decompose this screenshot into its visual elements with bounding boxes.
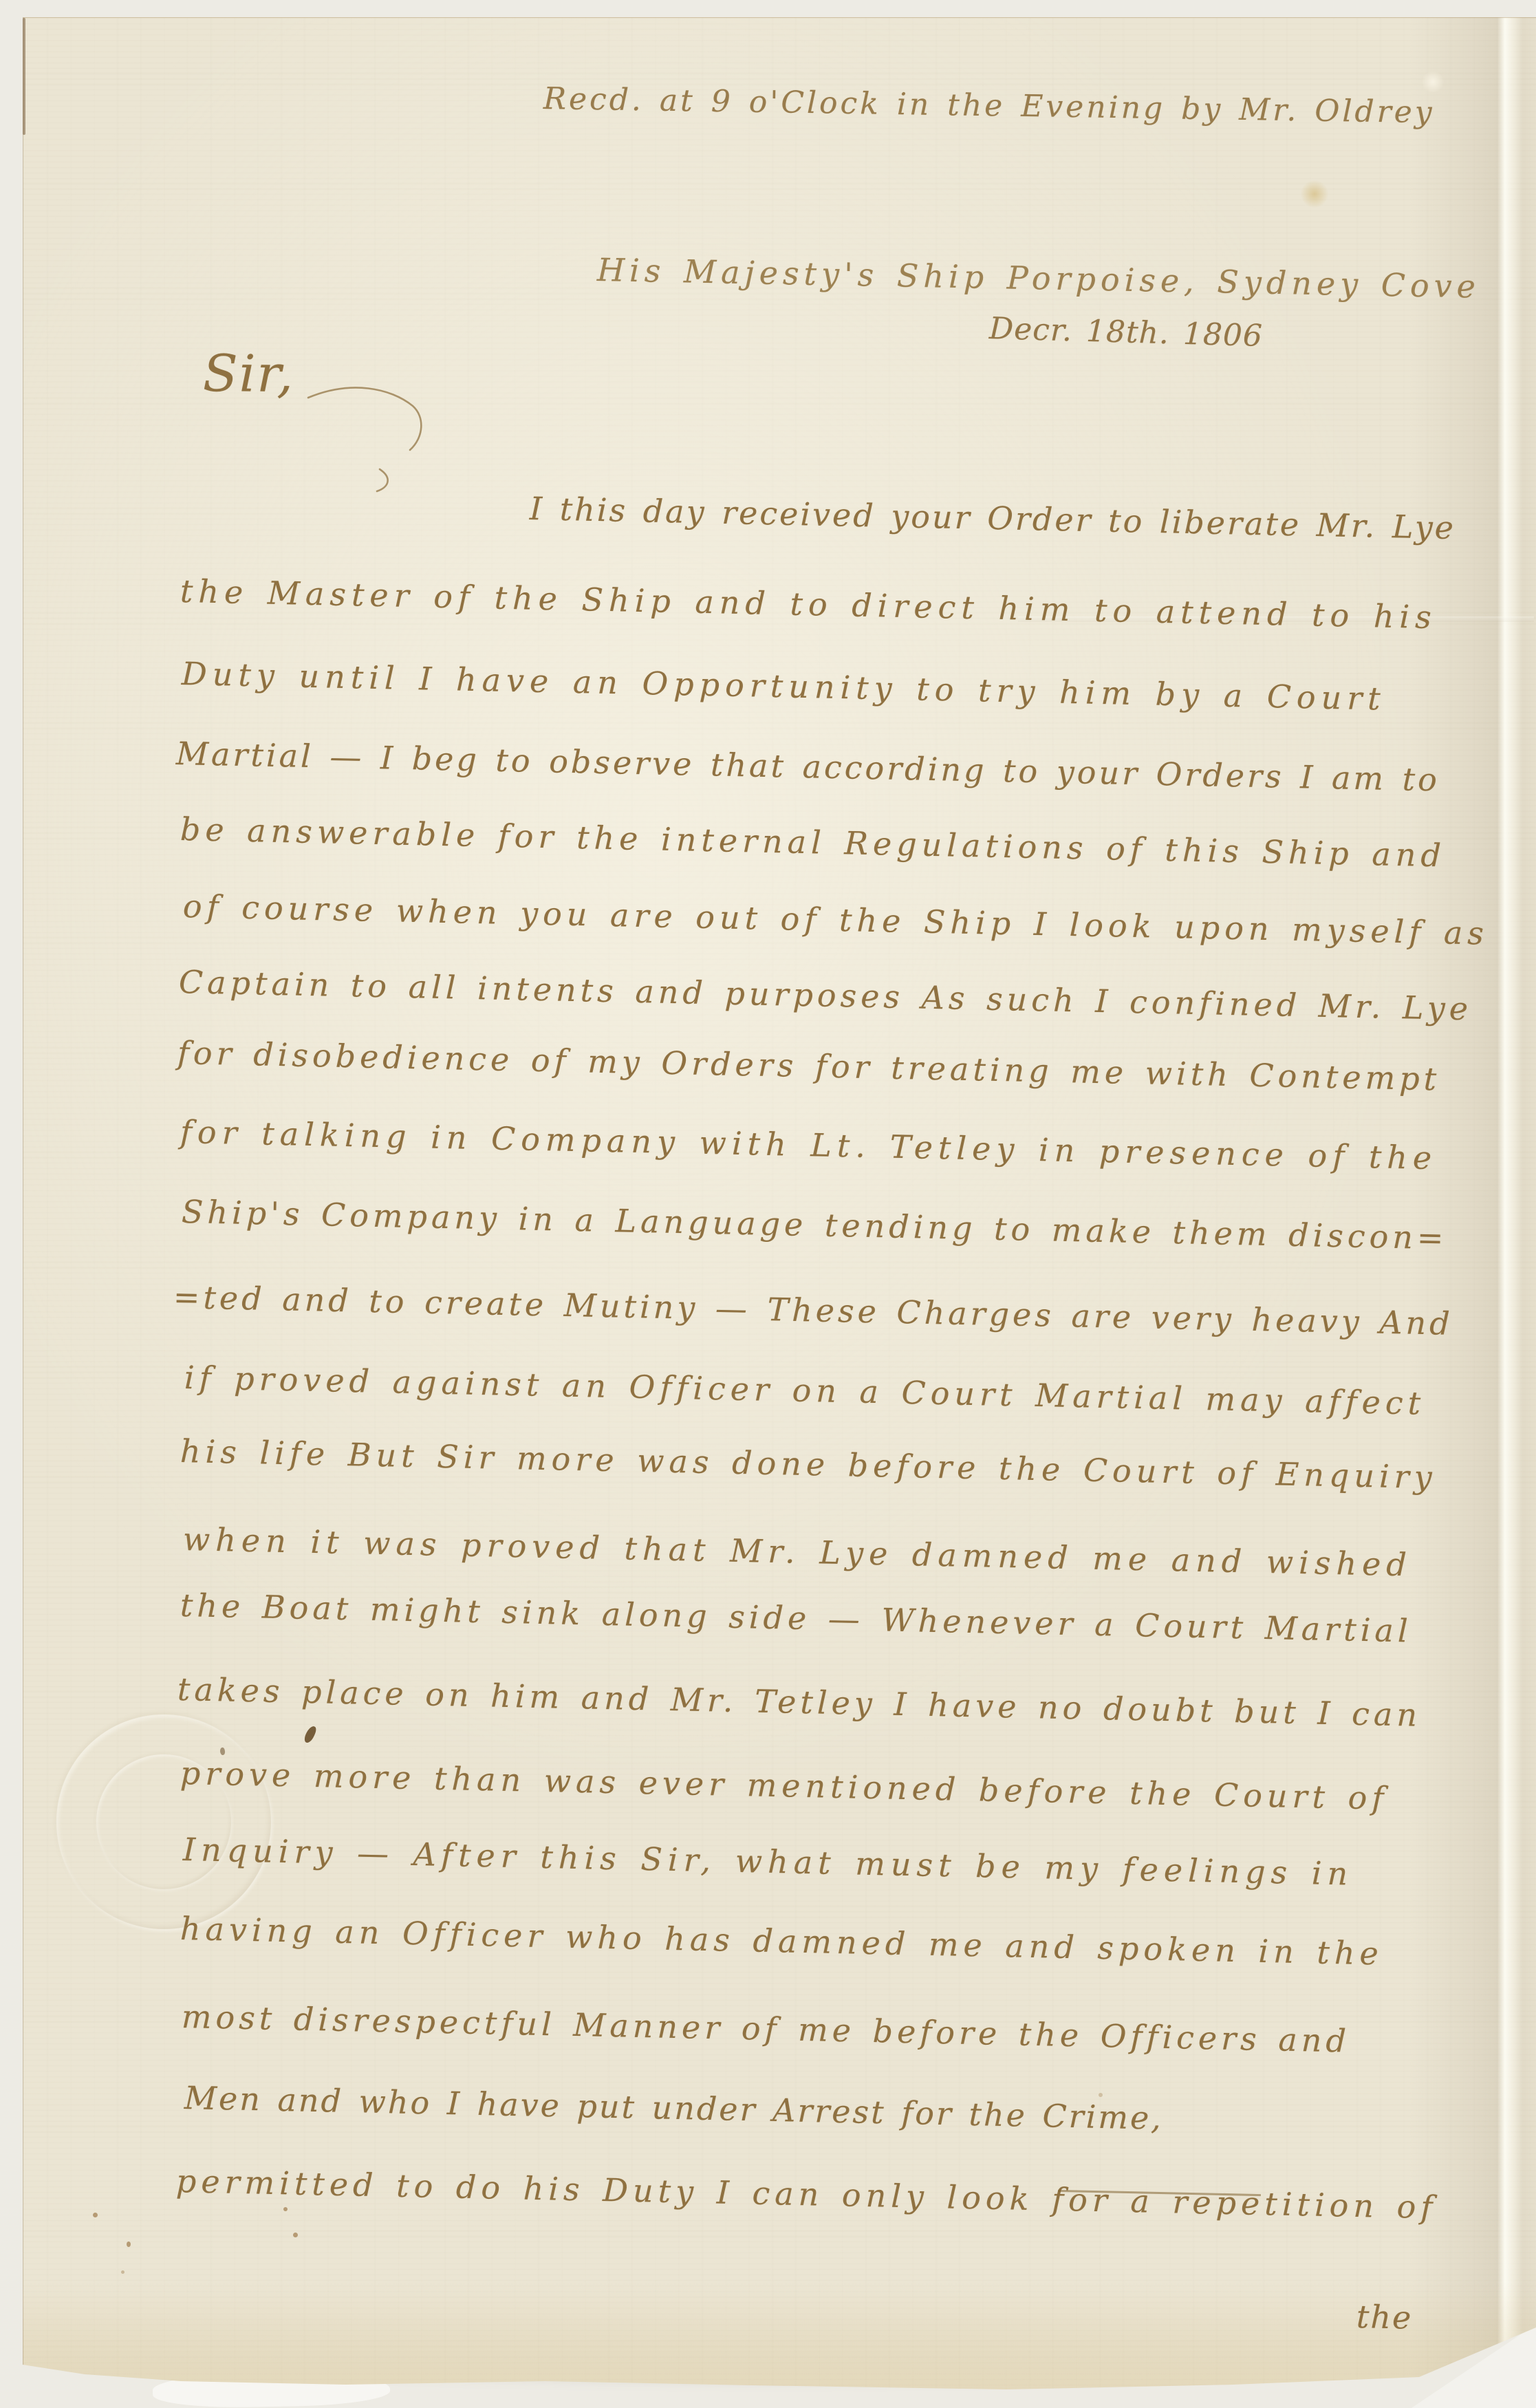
foxing-spot [93,2213,98,2217]
foxing-spot [1099,2093,1103,2097]
catchword: the [1356,2298,1413,2336]
foxing-spot [127,2242,131,2247]
foxing-spot [121,2270,125,2274]
foxing-spot [293,2233,298,2237]
stain [1300,180,1329,208]
foxing-spot [283,2207,288,2211]
scan-backdrop: { "letter": { "received_note": "Recd. at… [0,0,1536,2408]
salutation-flourish [206,334,440,499]
paper-damage-fleck [1421,72,1445,92]
embossed-seal-icon [56,1714,271,1929]
paper-edge [23,18,25,135]
